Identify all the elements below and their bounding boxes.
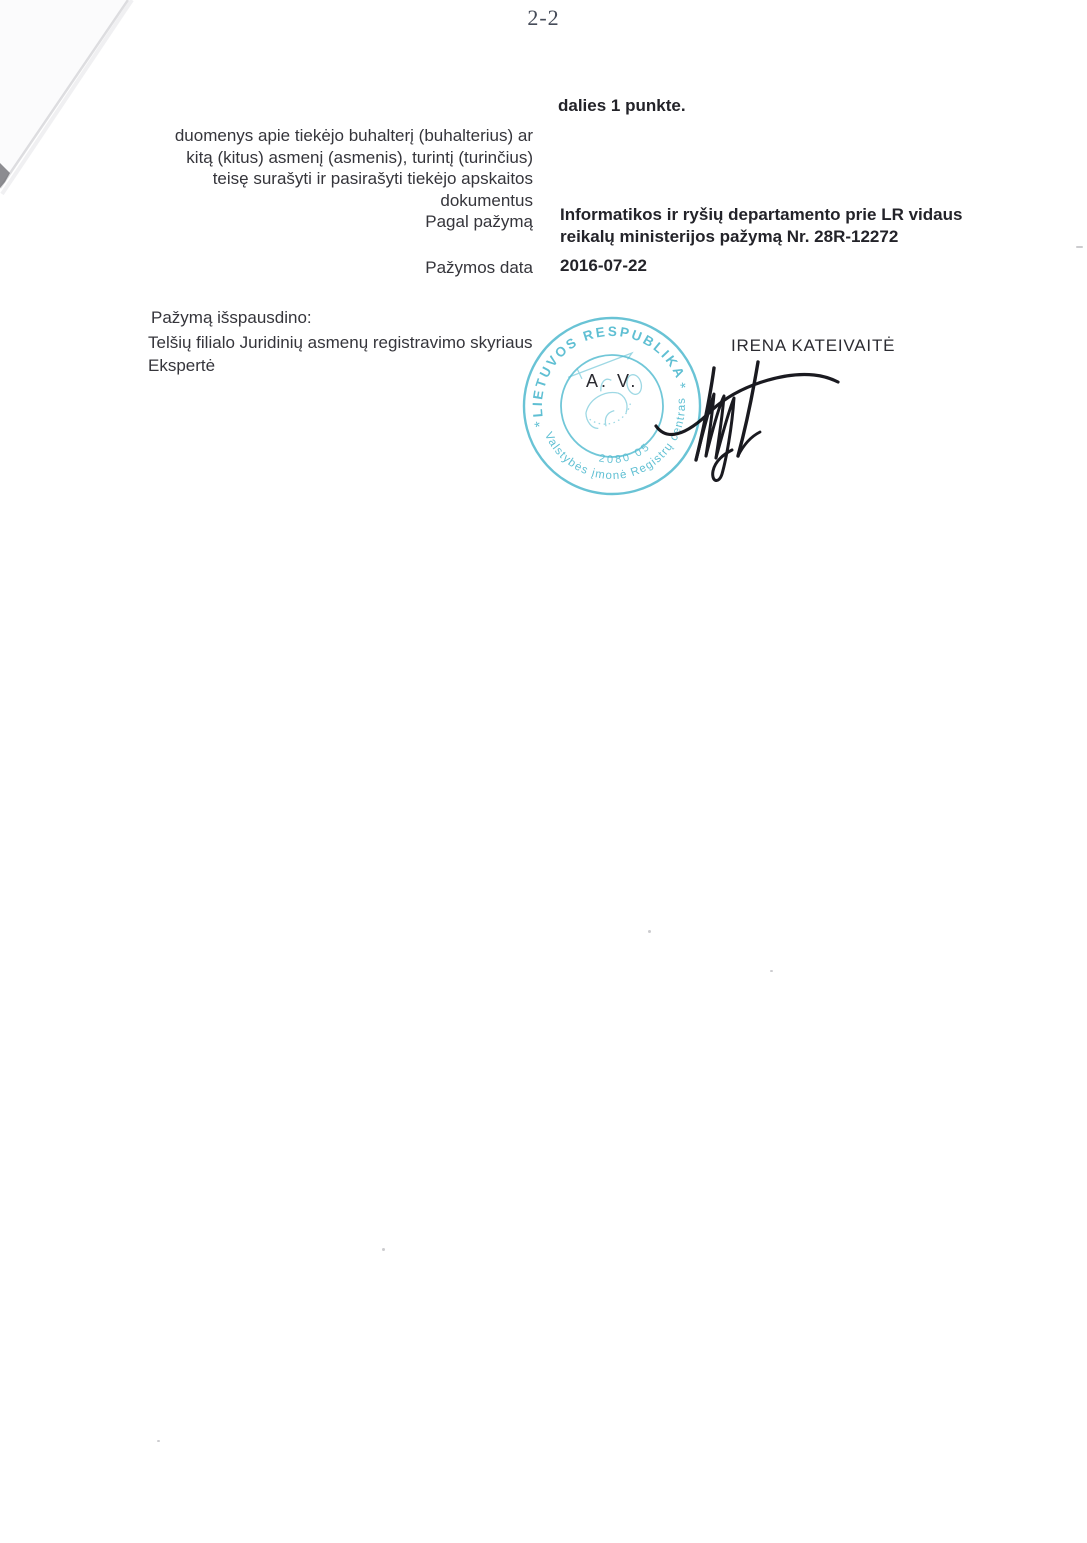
accountant-label-line-4: dokumentus bbox=[175, 190, 533, 212]
scan-noise-speck bbox=[157, 1440, 160, 1442]
scan-noise-speck bbox=[1076, 246, 1083, 248]
printed-by-position-line-2: Ekspertė bbox=[148, 355, 533, 378]
scanned-document-page: { "meta": { "page_number": "2-2" }, "for… bbox=[0, 0, 1087, 1543]
handwritten-signature bbox=[628, 348, 853, 498]
printed-by-position: Telšių filialo Juridinių asmenų registra… bbox=[148, 332, 533, 377]
pagal-pazyma-label: Pagal pažymą bbox=[425, 211, 533, 233]
pazymos-data-value: 2016-07-22 bbox=[560, 255, 647, 277]
accountant-label-line-3: teisę surašyti ir pasirašyti tiekėjo aps… bbox=[175, 168, 533, 190]
scan-noise-speck bbox=[770, 970, 773, 972]
scan-corner-fold-artifact bbox=[0, 0, 160, 215]
scan-noise-speck bbox=[382, 1248, 385, 1251]
accountant-label-line-2: kitą (kitus) asmenį (asmenis), turintį (… bbox=[175, 147, 533, 169]
printed-by-heading: Pažymą išspausdino: bbox=[151, 307, 312, 329]
pagal-pazyma-value: Informatikos ir ryšių departamento prie … bbox=[560, 204, 962, 247]
clause-continuation-text: dalies 1 punkte. bbox=[558, 95, 686, 117]
scan-noise-speck bbox=[648, 930, 651, 933]
pagal-pazyma-value-line-2: reikalų ministerijos pažymą Nr. 28R-1227… bbox=[560, 226, 962, 248]
printed-by-position-line-1: Telšių filialo Juridinių asmenų registra… bbox=[148, 332, 533, 355]
pagal-pazyma-value-line-1: Informatikos ir ryšių departamento prie … bbox=[560, 204, 962, 226]
accountant-data-label: duomenys apie tiekėjo buhalterį (buhalte… bbox=[175, 125, 533, 212]
seal-star-left: * bbox=[533, 418, 543, 436]
page-number: 2-2 bbox=[0, 5, 1087, 31]
accountant-label-line-1: duomenys apie tiekėjo buhalterį (buhalte… bbox=[175, 125, 533, 147]
pazymos-data-label: Pažymos data bbox=[425, 257, 533, 279]
